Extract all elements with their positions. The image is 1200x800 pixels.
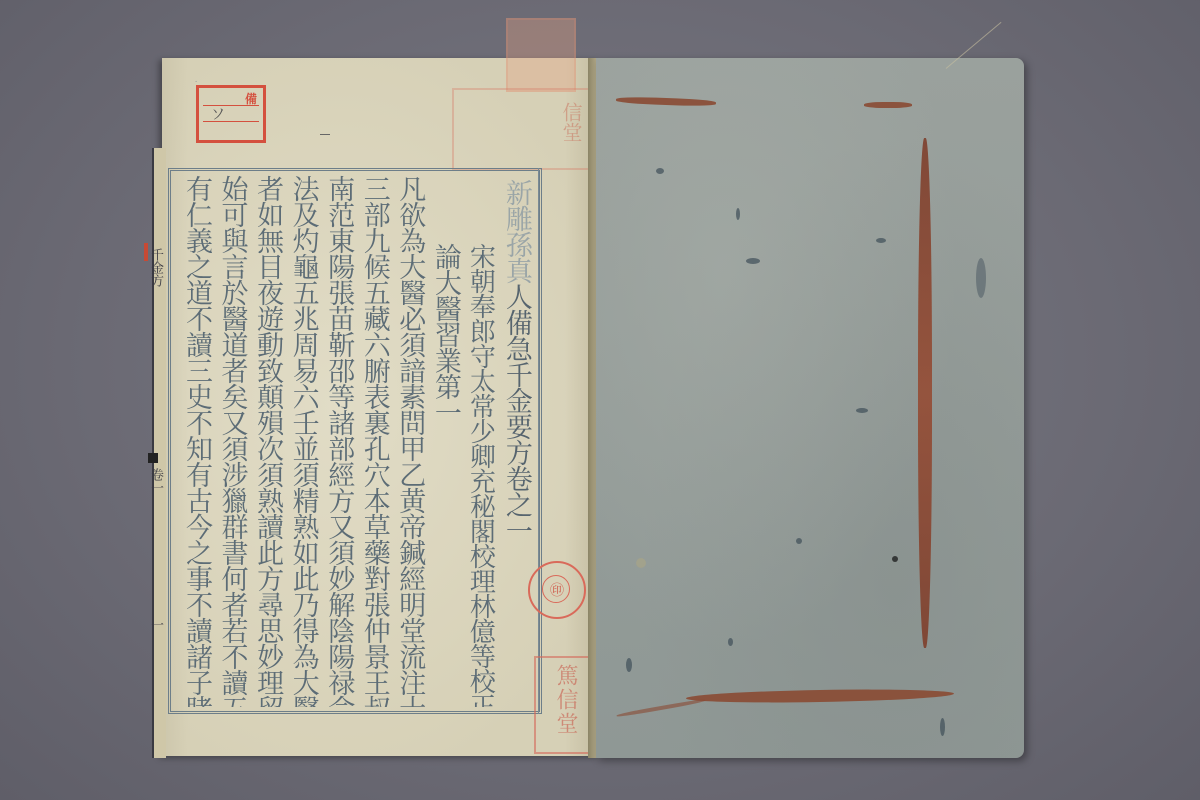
body-column: 三部九候五藏六腑表裏孔穴本草藥對張仲景王叔和阮河: [357, 175, 391, 707]
corner-fold: [946, 22, 1002, 69]
stain-vertical: [918, 138, 932, 648]
faint-annotation: ·: [190, 80, 200, 83]
body-column: 凡欲為大醫必須諳素問甲乙黄帝鍼經明堂流注十二經脉: [392, 175, 426, 707]
fiber-fleck: [876, 238, 886, 243]
edge-black-mark: [148, 453, 158, 463]
guide-mark: [320, 134, 330, 135]
title-column: 新雕孫真人備急千金要方卷之一: [499, 175, 533, 707]
fiber-fleck: [746, 258, 760, 264]
stain-top: [616, 96, 716, 106]
fiber-fleck: [796, 538, 802, 544]
body-column: 法及灼龜五兆周易六壬並須精熟如此乃得為大醫若不爾: [286, 175, 320, 707]
seal-ghost-top: [506, 18, 576, 92]
text-frame: 新雕孫真人備急千金要方卷之一 宋朝奉郎守太常少卿充秘閣校理林億等校正 論大醫習業…: [168, 168, 542, 714]
fiber-fleck: [940, 718, 945, 736]
frame-fold-line: [538, 168, 539, 714]
stain-top-right: [864, 102, 912, 108]
body-column: 南范東陽張苗靳邵等諸部經方又須妙解陰陽禄命諸家相: [321, 175, 355, 707]
seal-square-red: 備 ソ: [196, 85, 266, 143]
chapter-heading: 論大醫習業第一: [428, 175, 462, 707]
fiber-fleck: [856, 408, 868, 413]
fiber-fleck: [976, 258, 986, 298]
seal-ghost-large: 信堂: [452, 88, 596, 170]
seal-rect-red: 篤信堂: [534, 656, 596, 754]
text-columns: 新雕孫真人備急千金要方卷之一 宋朝奉郎守太常少卿充秘閣校理林億等校正 論大醫習業…: [179, 175, 533, 707]
body-column: 始可與言於醫道者矣又須涉獵群書何者若不讀五經不知: [215, 175, 249, 707]
body-column: 有仁義之道不讀三史不知有古今之事不讀諸子睹事則不: [179, 175, 213, 707]
fiber-fleck: [736, 208, 740, 220]
fiber-fleck: [728, 638, 733, 646]
edge-label-page: 一: [146, 618, 165, 631]
fiber-fleck: [892, 556, 898, 562]
body-column: 者如無目夜遊動致顛殞次須熟讀此方尋思妙理留意鑽研: [250, 175, 284, 707]
text-page: 千金方 卷一 一 信堂 · 備 ソ 新雕孫真人備急千金要方卷之一 宋朝奉郎守太常…: [162, 58, 600, 756]
page-edge: 千金方 卷一 一: [152, 148, 166, 758]
fiber-fleck: [656, 168, 664, 174]
credit-column: 宋朝奉郎守太常少卿充秘閣校理林億等校正: [463, 175, 497, 707]
stain-bottom-tail: [616, 698, 705, 718]
edge-label-volume: 卷一: [146, 468, 165, 494]
back-cover: [596, 58, 1024, 758]
open-book: 千金方 卷一 一 信堂 · 備 ソ 新雕孫真人備急千金要方卷之一 宋朝奉郎守太常…: [0, 0, 1200, 800]
edge-label-book: 千金方: [146, 248, 165, 287]
fiber-fleck: [626, 658, 632, 672]
fiber-fleck: [636, 558, 646, 568]
seal-round-red: ㊞: [528, 561, 586, 619]
stain-bottom: [686, 688, 954, 705]
